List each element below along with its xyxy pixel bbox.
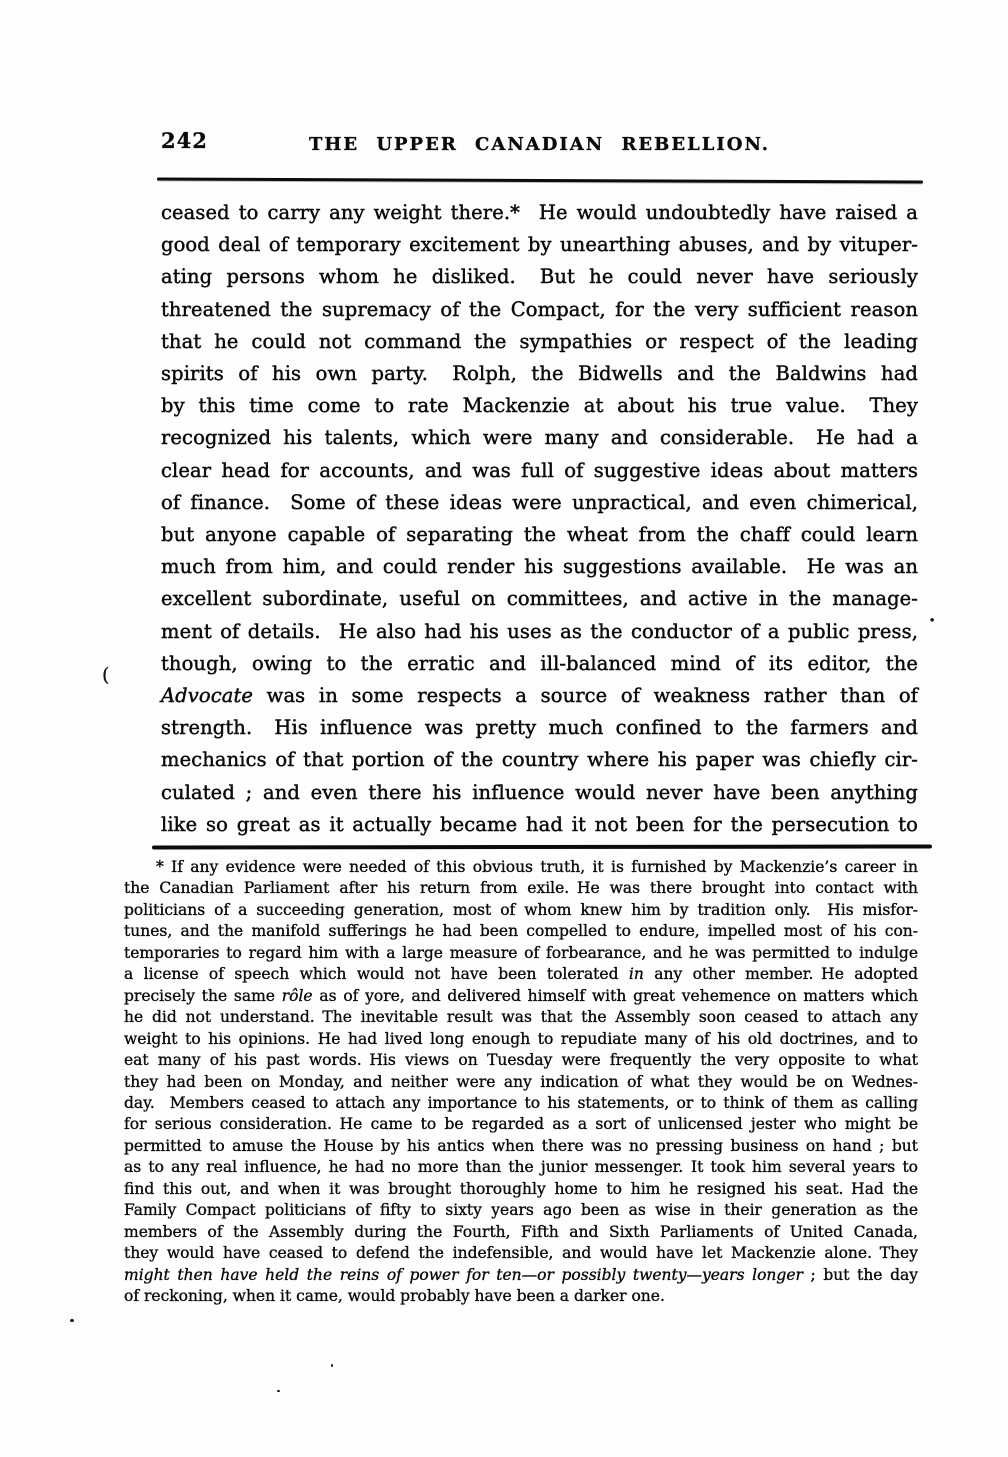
- running-header: THE UPPER CANADIAN REBELLION.: [161, 134, 918, 155]
- text-line: much from him, and could render his sugg…: [161, 551, 918, 583]
- italic-text: Advocate: [161, 684, 253, 707]
- ink-speck: [277, 1390, 280, 1392]
- text-line: he did not understand. The inevitable re…: [124, 1007, 918, 1028]
- text-line: by this time come to rate Mackenzie at a…: [161, 390, 918, 422]
- text-line: though, owing to the erratic and ill-bal…: [161, 648, 918, 680]
- footnote-text: * If any evidence were needed of this ob…: [124, 857, 918, 1308]
- text-line: politicians of a succeeding generation, …: [124, 900, 918, 921]
- text-line: the Canadian Parliament after his return…: [124, 878, 918, 899]
- text-line: they would have ceased to defend the ind…: [124, 1243, 918, 1264]
- ink-speck: [331, 1364, 333, 1367]
- ink-mark-margin: (: [102, 664, 109, 686]
- italic-text: rôle: [282, 987, 313, 1005]
- text-line: they had been on Monday, and neither wer…: [124, 1072, 918, 1093]
- text-line: ating persons whom he disliked. But he c…: [161, 261, 918, 293]
- text-line: a license of speech which would not have…: [124, 964, 918, 985]
- text-line: culated ; and even there his influence w…: [161, 777, 918, 809]
- text-line: weight to his opinions. He had lived lon…: [124, 1029, 918, 1050]
- text-line: eat many of his past words. His views on…: [124, 1050, 918, 1071]
- text-line: strength. His influence was pretty much …: [161, 712, 918, 744]
- text-line: spirits of his own party. Rolph, the Bid…: [161, 358, 918, 390]
- italic-text: in: [629, 965, 644, 983]
- ink-speck: [70, 1319, 74, 1322]
- text-line: as to any real influence, he had no more…: [124, 1157, 918, 1178]
- italic-text: might then have held the reins of power …: [124, 1266, 803, 1284]
- text-line: of reckoning, when it came, would probab…: [124, 1286, 918, 1307]
- text-line: temporaries to regard him with a large m…: [124, 943, 918, 964]
- footnote-separator-rule: [152, 844, 932, 849]
- text-line: ment of details. He also had his uses as…: [161, 616, 918, 648]
- text-line: permitted to amuse the House by his anti…: [124, 1136, 918, 1157]
- text-line: Family Compact politicians of fifty to s…: [124, 1200, 918, 1221]
- text-line: recognized his talents, which were many …: [161, 422, 918, 454]
- header-rule: [157, 178, 923, 184]
- text-line: but anyone capable of separating the whe…: [161, 519, 918, 551]
- text-line: like so great as it actually became had …: [161, 809, 918, 841]
- text-line: for serious consideration. He came to be…: [124, 1114, 918, 1135]
- text-line: * If any evidence were needed of this ob…: [124, 857, 918, 878]
- text-line: members of the Assembly during the Fourt…: [124, 1222, 918, 1243]
- text-line: clear head for accounts, and was full of…: [161, 455, 918, 487]
- text-line: ceased to carry any weight there.* He wo…: [161, 197, 918, 229]
- text-line: that he could not command the sympathies…: [161, 326, 918, 358]
- text-line: might then have held the reins of power …: [124, 1265, 918, 1286]
- text-line: day. Members ceased to attach any import…: [124, 1093, 918, 1114]
- text-line: precisely the same rôle as of yore, and …: [124, 986, 918, 1007]
- body-text: ceased to carry any weight there.* He wo…: [161, 197, 918, 841]
- text-line: Advocate was in some respects a source o…: [161, 680, 918, 712]
- ink-mark-right: ·: [929, 610, 935, 631]
- text-line: mechanics of that portion of the country…: [161, 744, 918, 776]
- text-line: excellent subordinate, useful on committ…: [161, 583, 918, 615]
- scanned-book-page: 242 THE UPPER CANADIAN REBELLION. ceased…: [0, 0, 1008, 1457]
- text-line: good deal of temporary excitement by une…: [161, 229, 918, 261]
- text-line: of finance. Some of these ideas were unp…: [161, 487, 918, 519]
- text-line: tunes, and the manifold sufferings he ha…: [124, 921, 918, 942]
- text-line: find this out, and when it was brought t…: [124, 1179, 918, 1200]
- text-line: threatened the supremacy of the Compact,…: [161, 294, 918, 326]
